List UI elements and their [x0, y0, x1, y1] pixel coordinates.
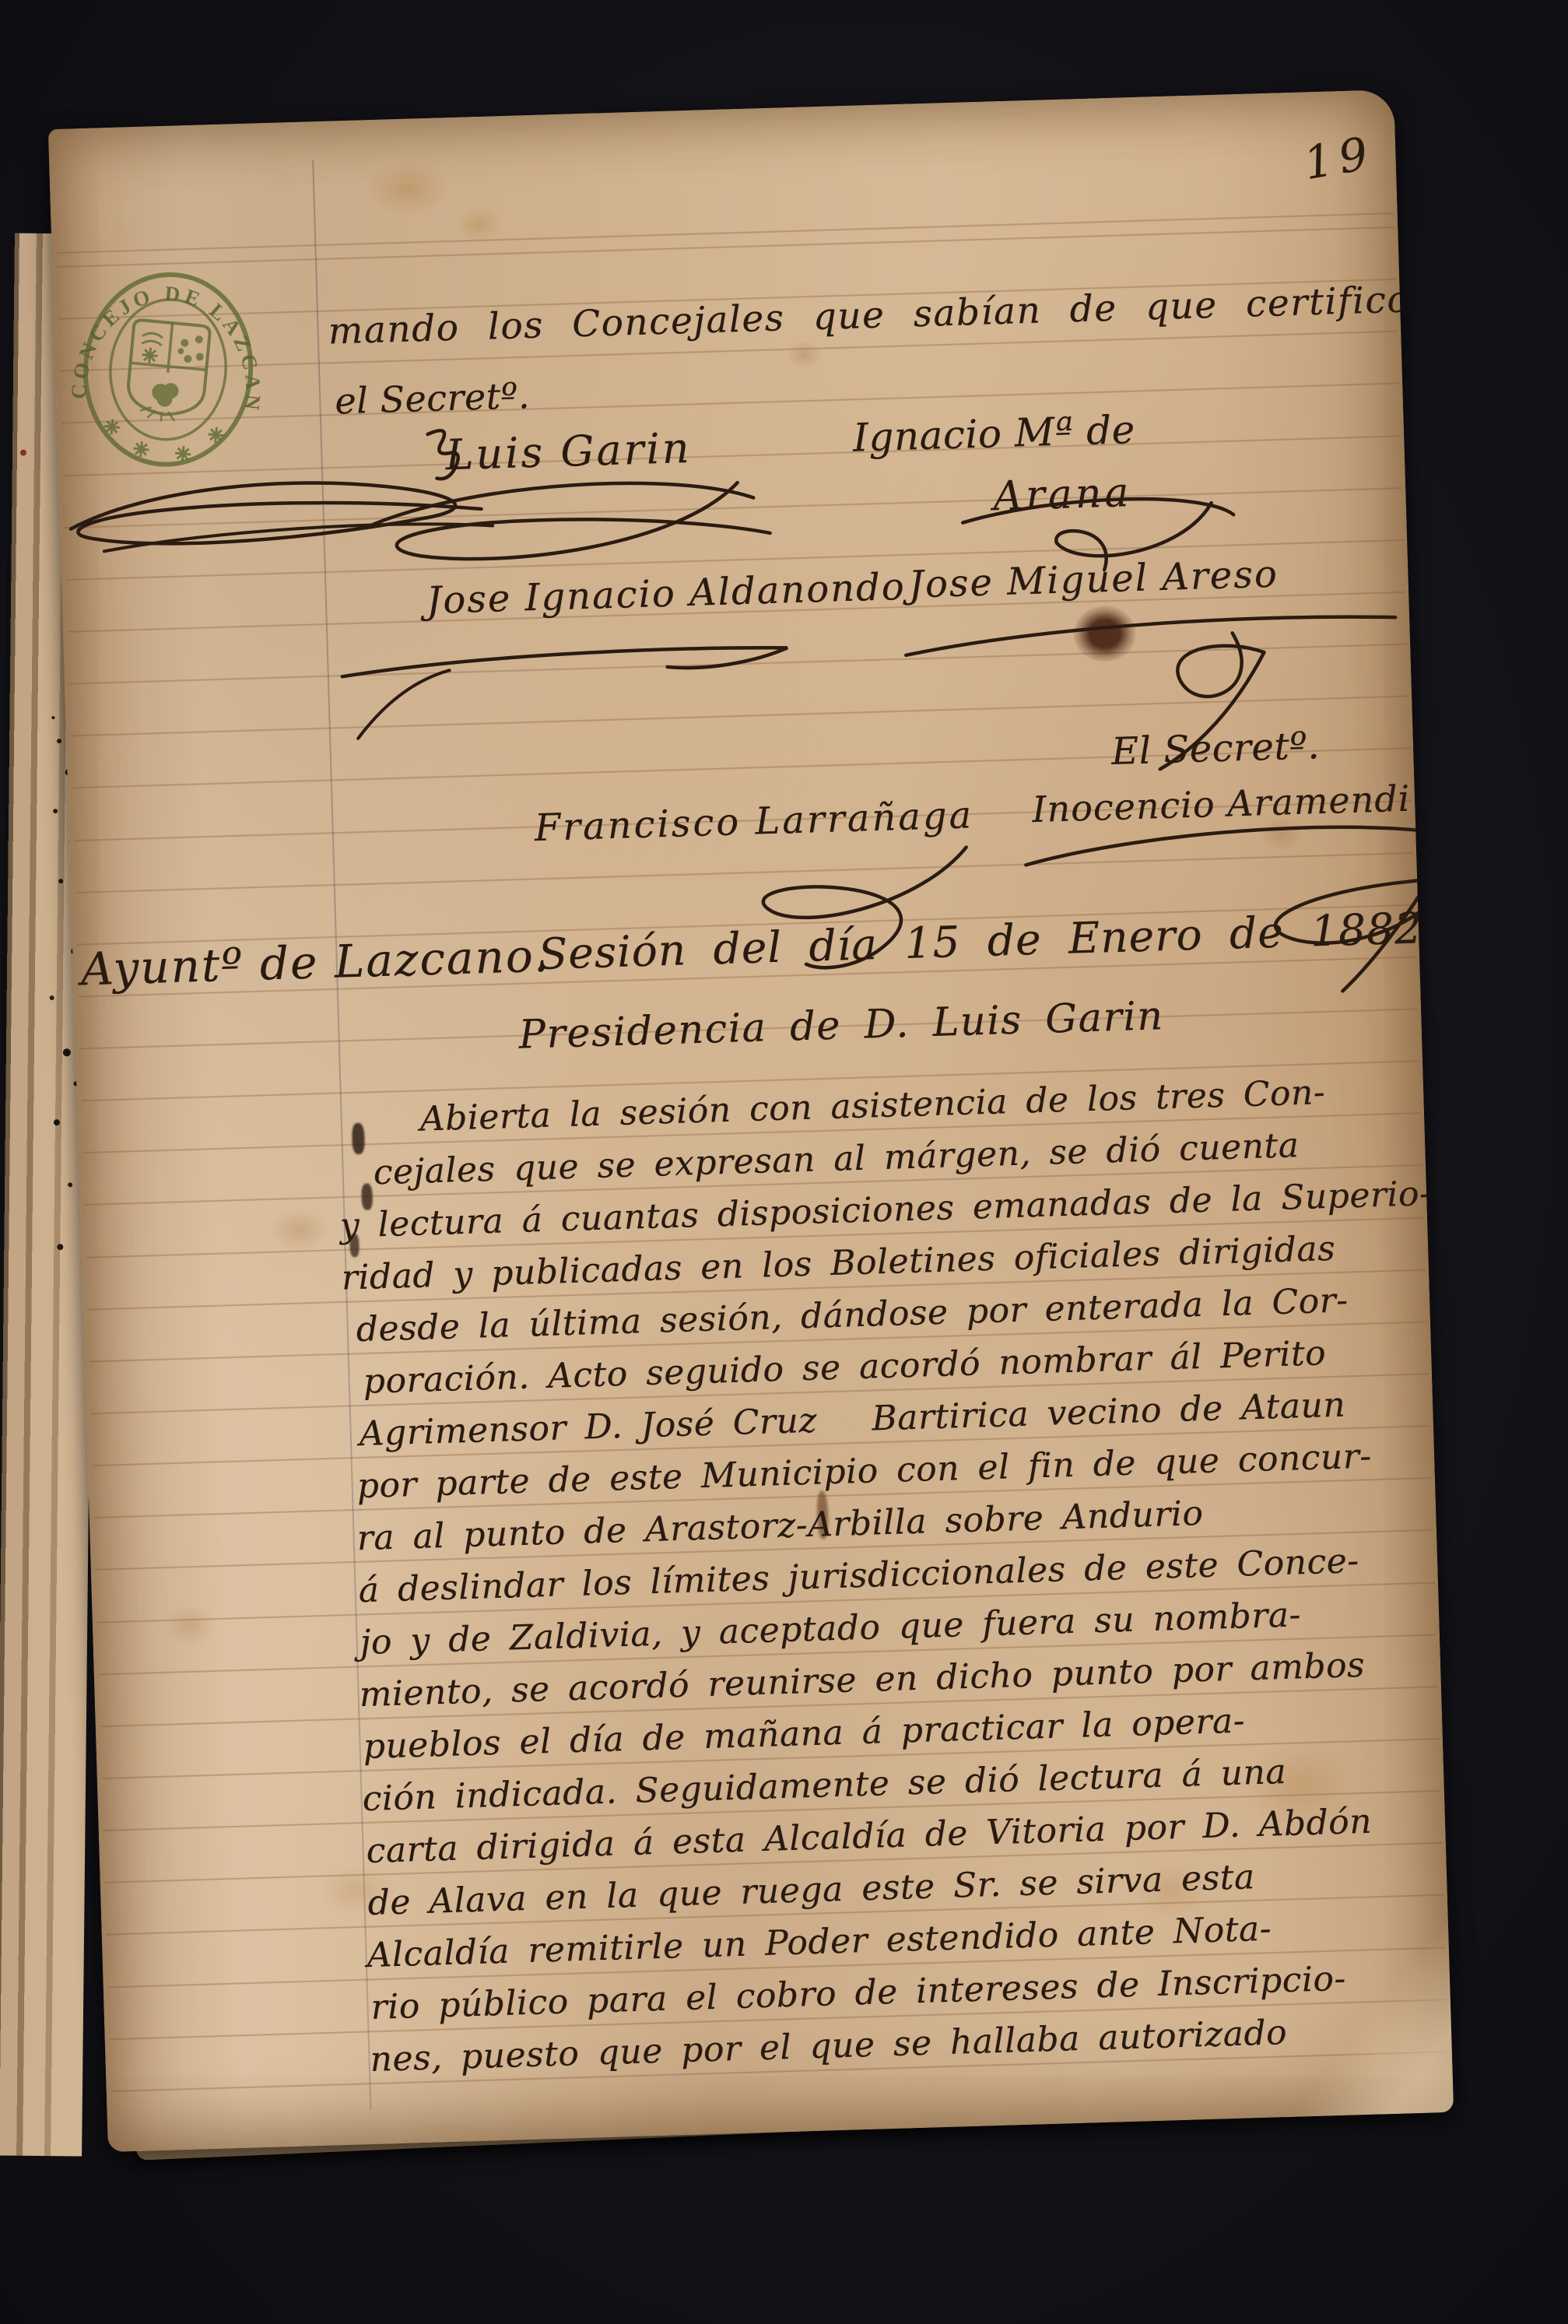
secretary-label: El Secretº. [1110, 724, 1320, 774]
photo-background: CONCEJO DE LAZCANO 19 mando los Concejal… [0, 0, 1568, 2324]
manuscript-page: CONCEJO DE LAZCANO 19 mando los Concejal… [48, 90, 1454, 2152]
stain [364, 160, 451, 217]
garin-rubric [348, 456, 787, 586]
page-number: 19 [1300, 126, 1378, 190]
closing-line-2: el Secretº. [335, 374, 531, 422]
signature-arana-line1: Ignacio Mª de [852, 407, 1135, 461]
aldanondo-rubric [331, 612, 802, 742]
ink-specks [51, 716, 54, 719]
